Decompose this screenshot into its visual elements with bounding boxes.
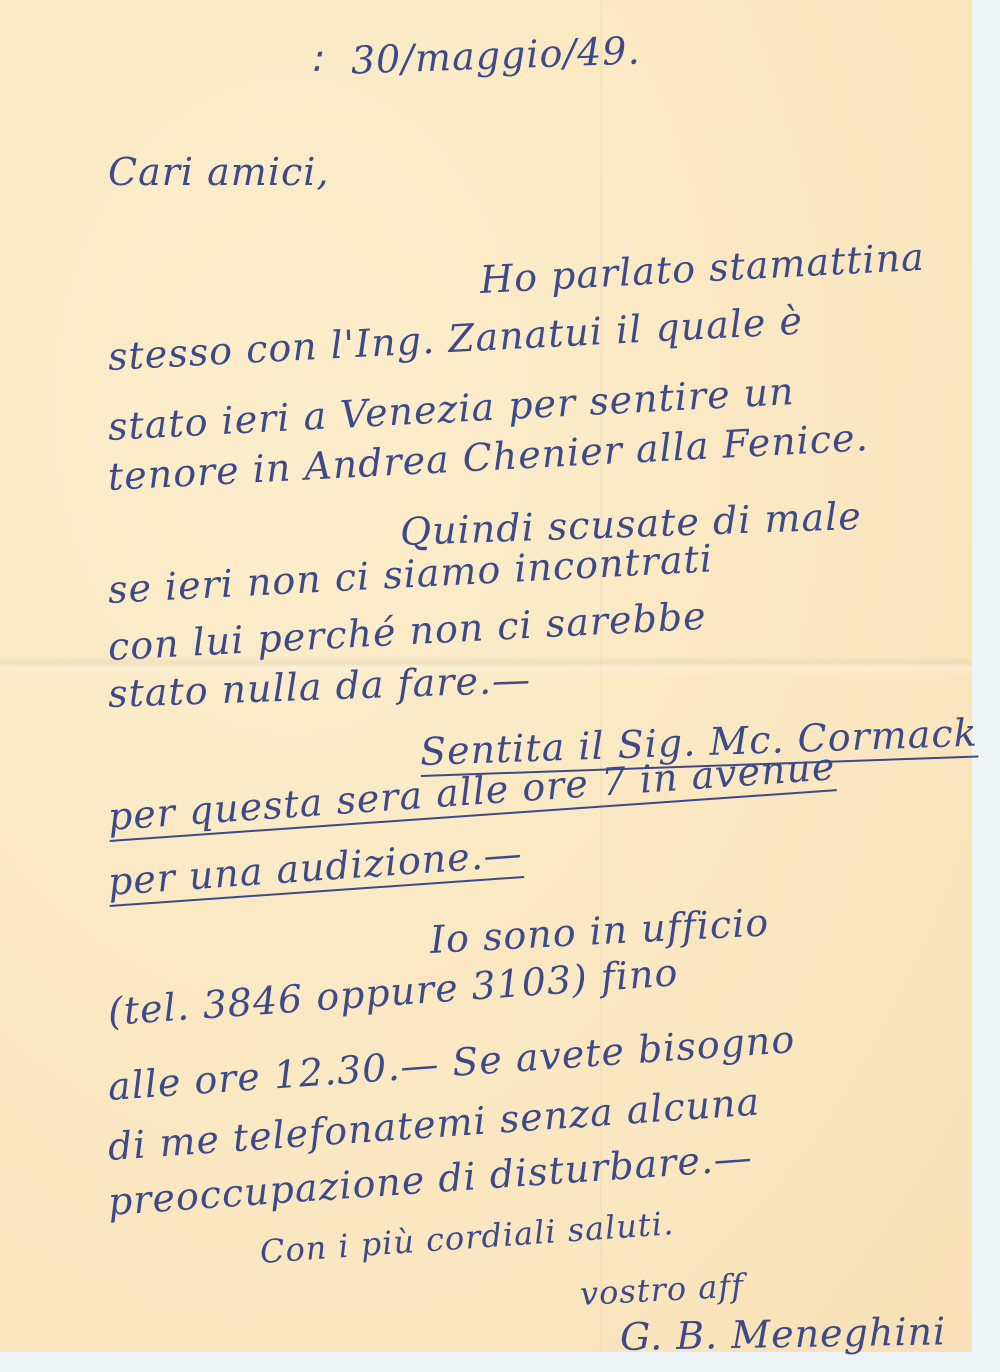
letter-closing: Con i più cordiali saluti. <box>259 1204 676 1271</box>
letter-line-underlined: per una audizione.— <box>106 831 524 904</box>
letter-signature: G. B. Meneghini <box>620 1309 947 1359</box>
letter-closing-vostro: vostro aff <box>579 1266 745 1313</box>
letter-line: stato nulla da fare.— <box>107 657 531 716</box>
letter-date: ∶30/maggio/49. <box>309 28 641 84</box>
letter-line: stesso con l'Ing. Zanatui il quale è <box>107 299 804 379</box>
letter-salutation: Cari amici, <box>108 150 329 194</box>
letter-line: (tel. 3846 oppure 3103) fino <box>106 950 679 1034</box>
letter-paper: ∶30/maggio/49. Cari amici, Ho parlato st… <box>0 0 972 1352</box>
letter-line: Ho parlato stamattina <box>479 235 926 302</box>
letter-line: Io sono in ufficio <box>429 900 770 962</box>
